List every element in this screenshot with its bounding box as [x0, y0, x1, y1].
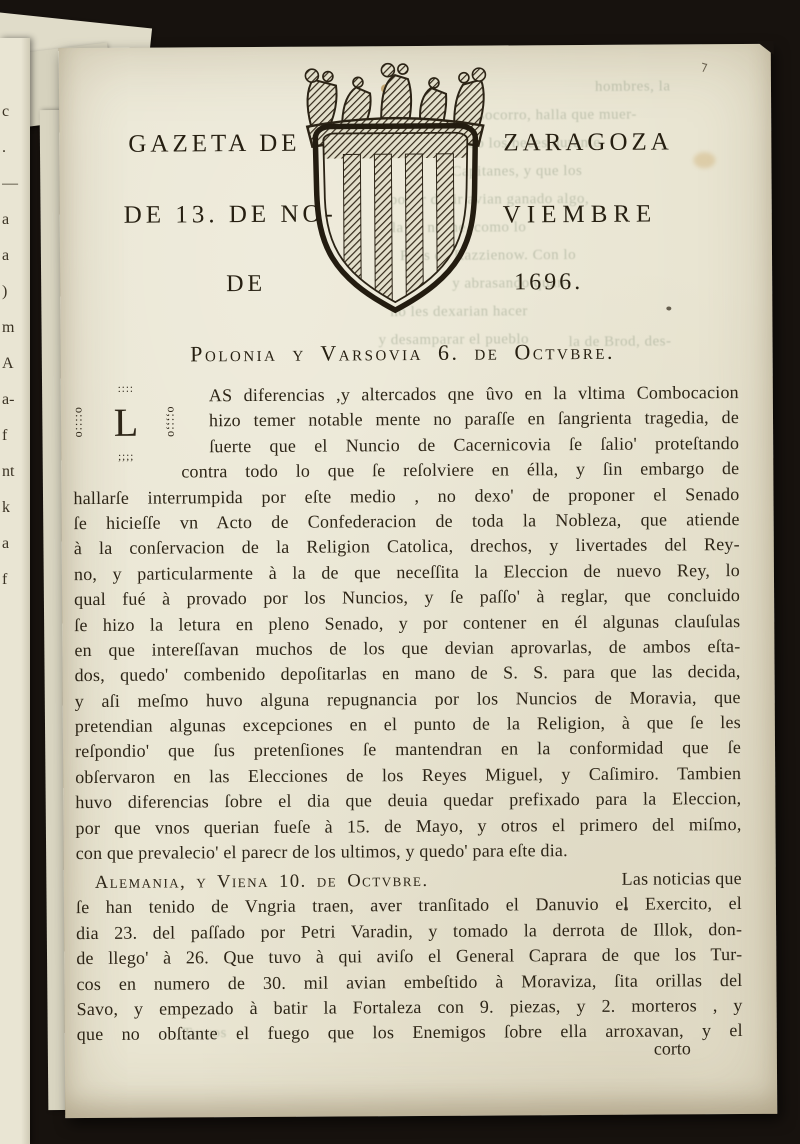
edge-fragment: m: [2, 310, 24, 346]
body-line: de llego' à 26. Que tuvo à qui aviſo el …: [76, 942, 742, 971]
bleedthrough-text: hombres, la: [595, 78, 671, 95]
shield-icon: [315, 126, 476, 315]
ink-speck: [666, 306, 671, 310]
edge-fragment: .: [2, 130, 24, 166]
edge-fragment: k: [2, 490, 24, 526]
masthead-de: DE: [226, 271, 266, 298]
gazette-page: hombres, la de socorro, halla que muer- …: [59, 44, 778, 1118]
page-corner-fold: [756, 41, 774, 55]
body-line-rest: Las noticias que: [622, 866, 742, 892]
masthead-title-right: ZARAGOZA: [503, 128, 673, 157]
body-line: dos, quedo' combenido depoſitarlas en ma…: [74, 659, 740, 688]
catchword: corto: [654, 1038, 691, 1059]
paper-stain: [693, 152, 715, 168]
article-polonia: o::::o :::: L ;;;; o;;;;o AS diferencias…: [73, 380, 742, 866]
edge-fragment: f: [2, 418, 24, 454]
body-line: ſe han tenido de Vngria traen, aver tran…: [76, 891, 742, 920]
edge-fragment: —: [2, 166, 24, 202]
aragon-coat-of-arms: [297, 60, 495, 315]
body-line: qual fué à provado por los Nuncios, y ſe…: [74, 583, 740, 612]
body-line: ſe hizo la letura en pleno Senado, y por…: [74, 609, 740, 638]
body-line: huvo diferencias ſobre el dia que deuia …: [75, 786, 741, 815]
edge-fragment: A: [2, 346, 24, 382]
edge-fragment: a: [2, 526, 24, 562]
initial-frame-right: o;;;;o: [165, 383, 179, 461]
masthead-title-left: GAZETA DE: [128, 130, 300, 159]
initial-letter: L: [114, 401, 139, 445]
edge-fragment: a: [2, 238, 24, 274]
body-line: que no obſtante el fuego que los Enemigo…: [77, 1018, 743, 1047]
previous-page-cut-text: c . — a a ) m A a- f nt k a f: [2, 94, 24, 598]
article-alemania: Alemania, y Viena 10. de Octvbre. Las no…: [76, 866, 743, 1048]
edge-fragment: f: [2, 562, 24, 598]
section-heading-alemania: Alemania, y Viena 10. de Octvbre.: [95, 869, 429, 896]
edge-fragment: a: [2, 202, 24, 238]
body-line: por que vnos querian fueſe à 15. de Mayo…: [75, 812, 741, 841]
body-line: reſpondio' que ſus pretenſiones ſe mante…: [75, 735, 741, 764]
edge-fragment: nt: [2, 454, 24, 490]
masthead-year: 1696.: [514, 269, 583, 296]
initial-frame-top: ::::: [118, 384, 134, 394]
edge-fragment: a-: [2, 382, 24, 418]
ornamental-initial: o::::o :::: L ;;;; o;;;;o: [73, 383, 179, 462]
body-line: con que prevalecio' el parecr de los ult…: [76, 837, 742, 866]
initial-frame-left: o::::o: [73, 384, 87, 462]
edge-fragment: ): [2, 274, 24, 310]
edge-fragment: c: [2, 94, 24, 130]
previous-page-edge: c . — a a ) m A a- f nt k a f: [0, 38, 30, 1144]
section-heading-polonia: Polonia y Varsovia 6. de Octvbre.: [73, 338, 733, 368]
initial-frame-bottom: ;;;;: [118, 452, 134, 462]
masthead-date-right: VIEMBRE: [503, 201, 658, 230]
scan-background: c . — a a ) m A a- f nt k a f hombres, l…: [0, 0, 800, 1144]
body-line: à la conſervacion de la Religion Catolic…: [74, 532, 740, 561]
handwritten-mark: ⁊: [699, 58, 709, 75]
